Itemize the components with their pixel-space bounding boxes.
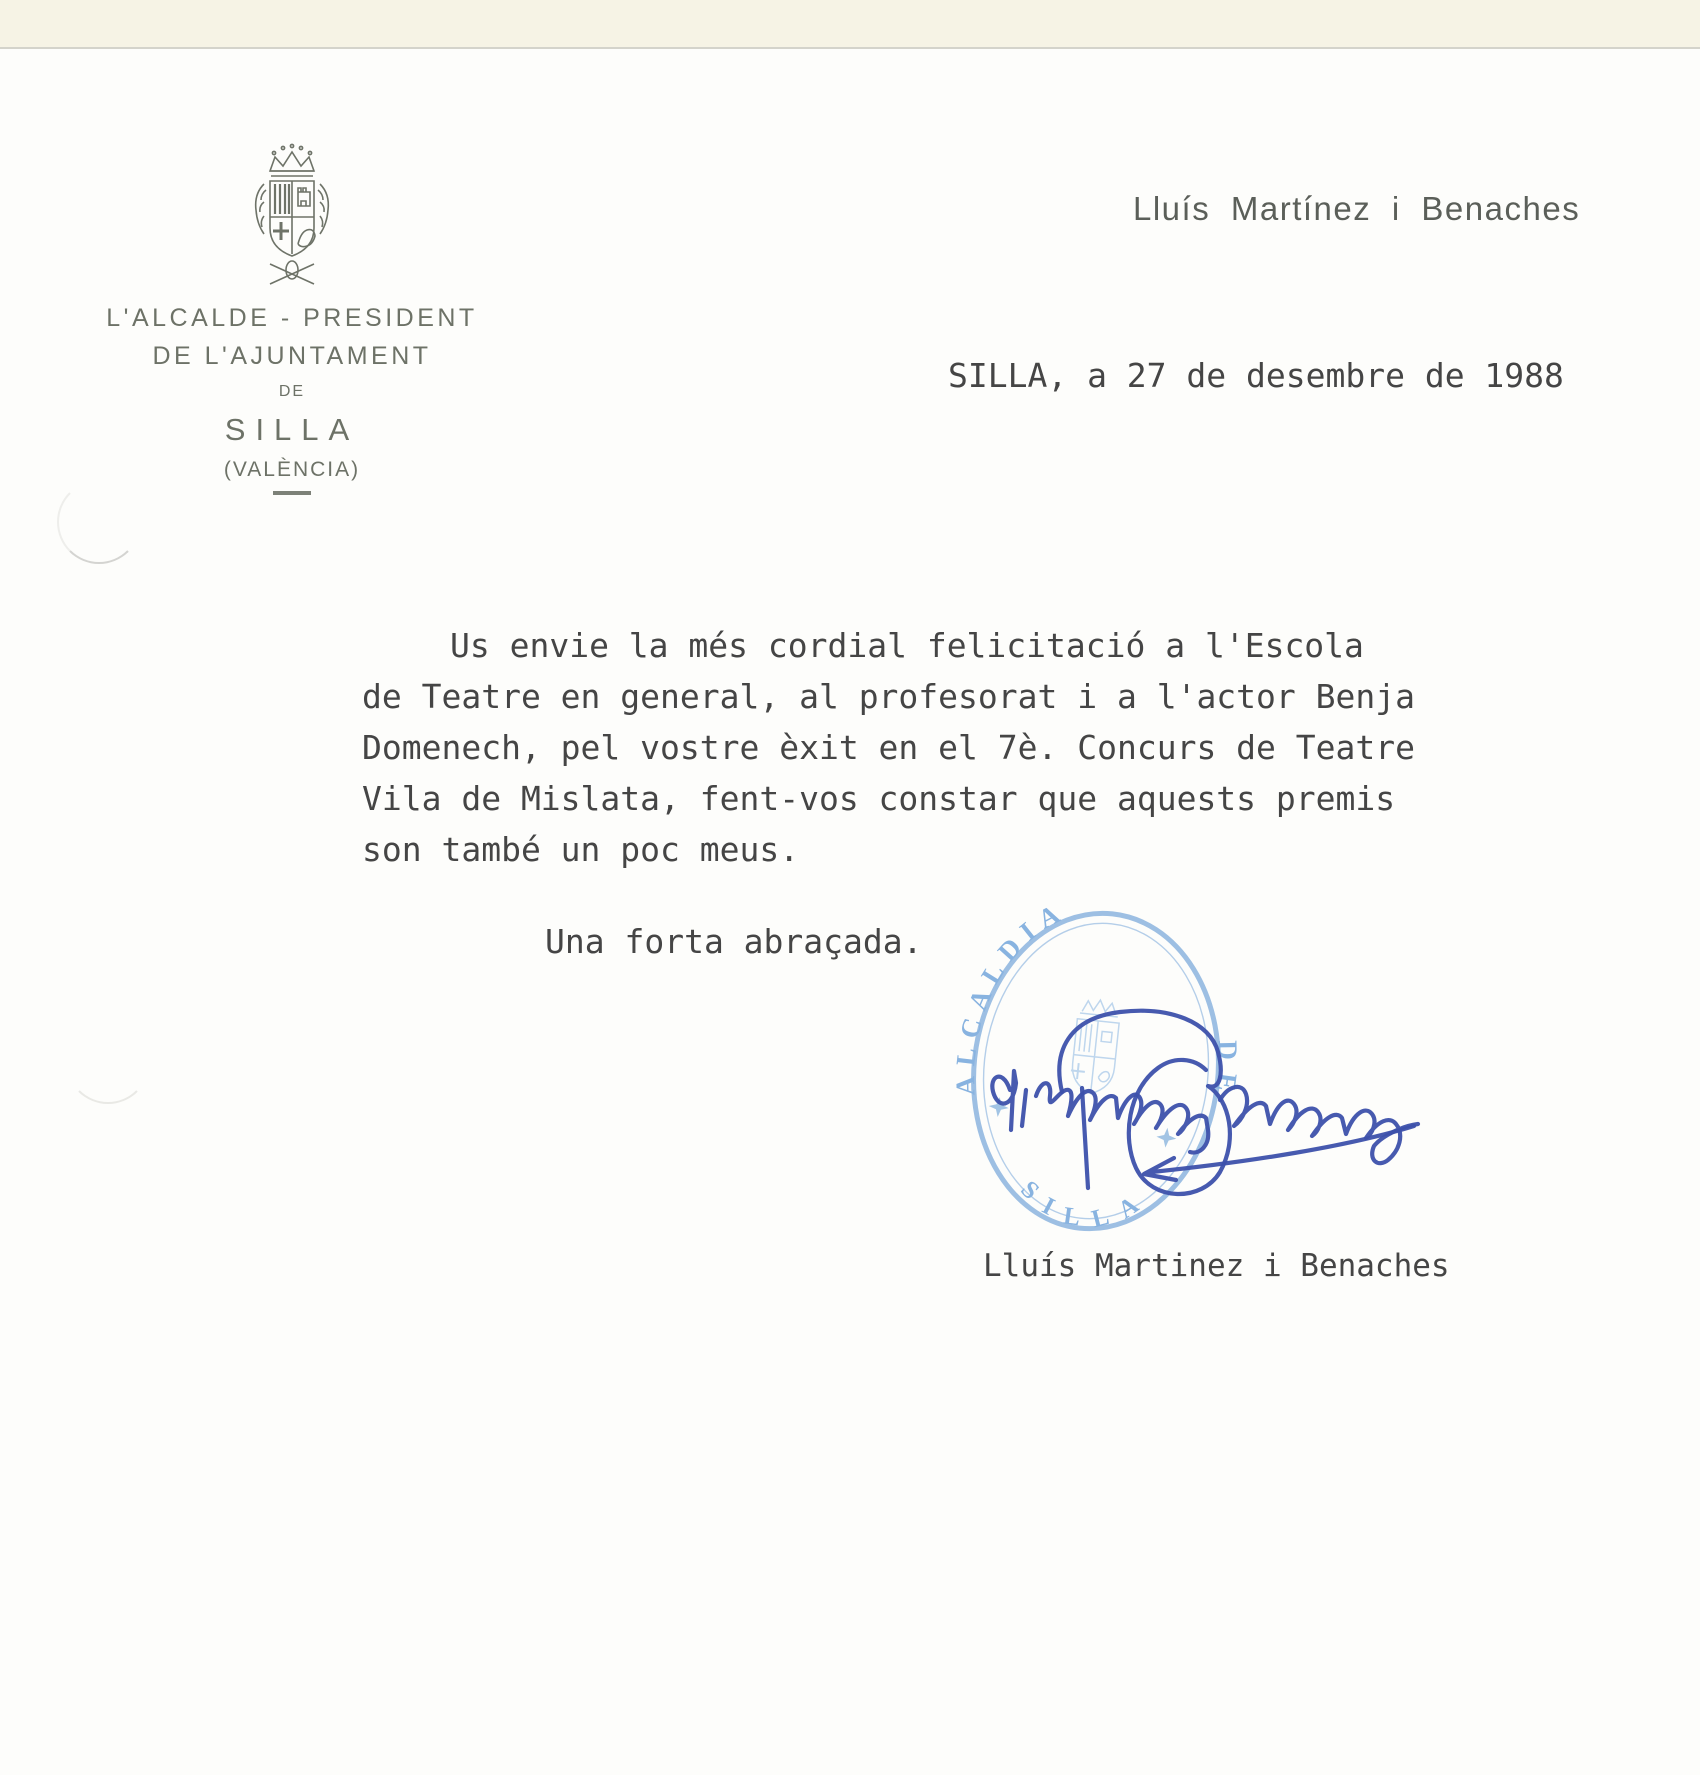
letterhead-title-line3: DE (92, 383, 492, 401)
body-line: Us envie la més cordial felicitació a l'… (362, 620, 1472, 671)
author-name: Lluís Martínez i Benaches (1133, 190, 1580, 228)
letterhead: L'ALCALDE - PRESIDENT DE L'AJUNTAMENT DE… (92, 140, 492, 495)
letterhead-province: (VALÈNCIA) (92, 458, 492, 482)
closing-line: Una forta abraçada. (545, 922, 923, 961)
letterhead-title-line1: L'ALCALDE - PRESIDENT (92, 304, 492, 333)
scanned-letter-page: L'ALCALDE - PRESIDENT DE L'AJUNTAMENT DE… (0, 0, 1700, 1775)
body-line: de Teatre en general, al profesorat i a … (362, 671, 1472, 722)
scan-top-edge-band (0, 0, 1700, 49)
letterhead-title-line2: DE L'AJUNTAMENT (92, 342, 492, 371)
letterhead-rule (273, 491, 311, 495)
handwritten-signature (890, 940, 1490, 1240)
hole-punch-bottom (66, 1020, 150, 1104)
letterhead-city: SILLA (92, 412, 492, 448)
body-line: Domenech, pel vostre èxit en el 7è. Conc… (362, 722, 1472, 773)
signature-stroke-surname (1220, 1087, 1418, 1163)
body-line: Vila de Mislata, fent-vos constar que aq… (362, 773, 1472, 824)
coat-of-arms-icon (240, 140, 344, 290)
body-line: son també un poc meus. (362, 824, 1472, 875)
signature-stroke-descender (1082, 1088, 1088, 1188)
date-line: SILLA, a 27 de desembre de 1988 (948, 356, 1564, 395)
typed-signature-name: Lluís Martinez i Benaches (983, 1248, 1450, 1284)
signature-stroke-initials (992, 1071, 1208, 1153)
letter-body: Us envie la més cordial felicitació a l'… (362, 620, 1472, 875)
